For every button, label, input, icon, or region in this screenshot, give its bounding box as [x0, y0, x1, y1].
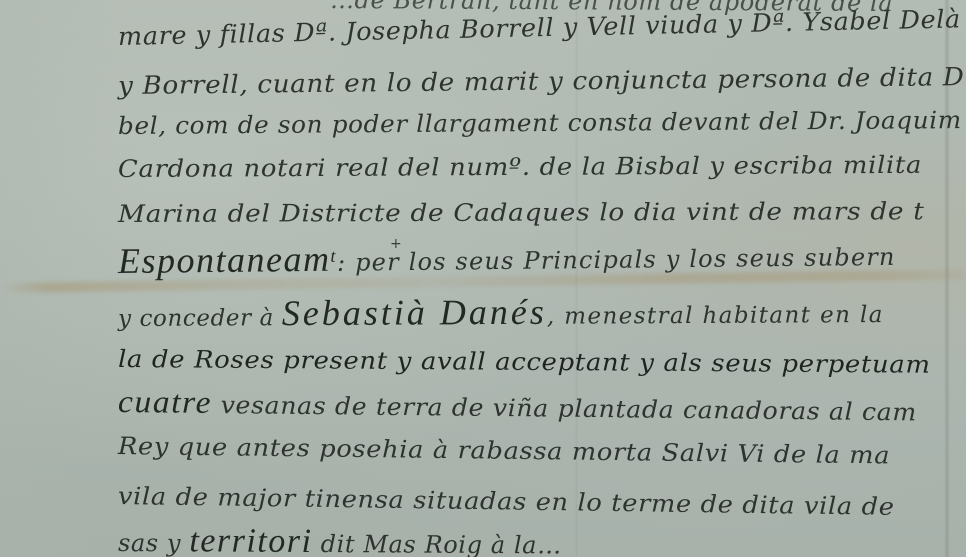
name-sebastia-danes: Sebastià Danés: [282, 292, 547, 333]
manuscript-line-6: Espontaneamt: per los seus Principals y …: [118, 232, 896, 282]
line-6-rest: : per los seus Principals y los seus sub…: [337, 243, 896, 277]
line-12-rest: dit Mas Roig à la…: [321, 530, 562, 557]
manuscript-line-3: bel, com de son poder llargament consta …: [118, 106, 962, 140]
word-cuatre: cuatre: [118, 383, 212, 420]
line-9-rest: vesanas de terra de viña plantada canado…: [221, 391, 918, 426]
word-territori: territori: [189, 522, 312, 557]
line-7-rest: , menestral habitant en la: [547, 302, 884, 330]
word-espontaneament: Espontaneam: [118, 239, 331, 281]
manuscript-line-5: Marina del Districte de Cadaques lo dia …: [118, 197, 925, 228]
line-12-prefix: sas y: [118, 529, 181, 557]
manuscript-line-12: sas y territori dit Mas Roig à la…: [118, 522, 562, 557]
page-margin: [0, 0, 115, 557]
manuscript-line-7: y conceder à Sebastià Danés, menestral h…: [118, 289, 884, 335]
manuscript-line-8: la de Roses present y avall acceptant y …: [118, 345, 931, 379]
manuscript-line-4: Cardona notari real del numº. de la Bisb…: [118, 151, 922, 183]
line-7-prefix: y conceder à: [118, 305, 274, 332]
